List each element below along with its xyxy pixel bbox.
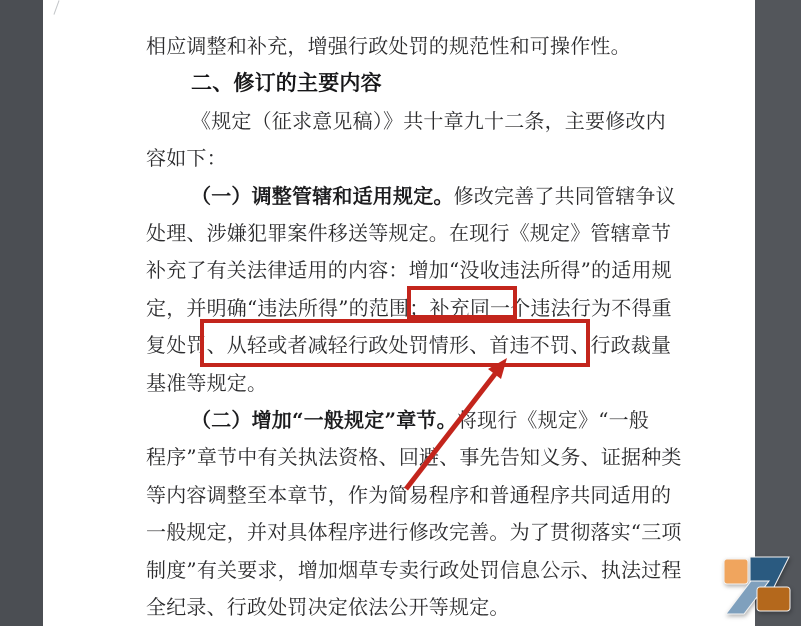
annotation-box-2 — [200, 319, 590, 367]
logo-orange-shape — [724, 559, 748, 584]
line-text: 等内容调整至本章节，作为简易程序和普通程序共同适用的 — [146, 483, 671, 507]
line-text: 修改完善了共同管辖争议 — [454, 184, 676, 208]
line-text: 基准等规定。 — [146, 371, 267, 395]
paragraph-lead-bold: （二）增加“一般规定”章节。 — [191, 408, 457, 432]
line-text: 容如下： — [146, 146, 227, 170]
document-line: （二）增加“一般规定”章节。将现行《规定》“一般 — [191, 408, 649, 432]
document-line: 等内容调整至本章节，作为简易程序和普通程序共同适用的 — [146, 483, 671, 507]
line-text: 全纪录、行政处罚决定依法公开等规定。 — [146, 595, 510, 619]
line-text: 处理、涉嫌犯罪案件移送等规定。在现行《规定》管辖章节 — [146, 221, 671, 245]
document-line: 制度”有关要求，增加烟草专卖行政处罚信息公示、执法过程 — [146, 558, 682, 582]
document-line: 全纪录、行政处罚决定依法公开等规定。 — [146, 595, 510, 619]
document-line: 处理、涉嫌犯罪案件移送等规定。在现行《规定》管辖章节 — [146, 221, 671, 245]
document-line: 一般规定，并对具体程序进行修改完善。为了贯彻落实“三项 — [146, 520, 682, 544]
document-text: 相应调整和补充，增强行政处罚的规范性和可操作性。二、修订的主要内容《规定（征求意… — [0, 0, 801, 626]
document-line: 程序”章节中有关执法资格、回避、事先告知义务、证据种类 — [146, 445, 682, 469]
document-line: 补充了有关法律适用的内容：增加“没收违法所得”的适用规 — [146, 258, 672, 282]
line-text: 相应调整和补充，增强行政处罚的规范性和可操作性。 — [146, 34, 631, 58]
line-text: 补充了有关法律适用的内容：增加“没收违法所得”的适用规 — [146, 258, 672, 282]
line-text: 制度”有关要求，增加烟草专卖行政处罚信息公示、执法过程 — [146, 558, 682, 582]
document-line: 容如下： — [146, 146, 227, 170]
document-line: 二、修订的主要内容 — [191, 71, 382, 95]
document-line: （一）调整管辖和适用规定。修改完善了共同管辖争议 — [191, 184, 676, 208]
line-text: 将现行《规定》“一般 — [457, 408, 649, 432]
line-text: 《规定（征求意见稿）》共十章九十二条，主要修改内 — [191, 109, 666, 133]
annotation-box-1 — [407, 286, 517, 319]
line-text: 一般规定，并对具体程序进行修改完善。为了贯彻落实“三项 — [146, 520, 682, 544]
logo-rust-shape — [757, 587, 790, 611]
watermark-logo-icon — [716, 550, 796, 620]
line-text: 二、修订的主要内容 — [191, 70, 382, 95]
line-text: 程序”章节中有关执法资格、回避、事先告知义务、证据种类 — [146, 445, 682, 469]
screenshot-stage: 相应调整和补充，增强行政处罚的规范性和可操作性。二、修订的主要内容《规定（征求意… — [0, 0, 801, 626]
document-line: 基准等规定。 — [146, 371, 267, 395]
document-line: 《规定（征求意见稿）》共十章九十二条，主要修改内 — [191, 109, 666, 133]
document-line: 相应调整和补充，增强行政处罚的规范性和可操作性。 — [146, 34, 631, 58]
paragraph-lead-bold: （一）调整管辖和适用规定。 — [191, 184, 454, 208]
